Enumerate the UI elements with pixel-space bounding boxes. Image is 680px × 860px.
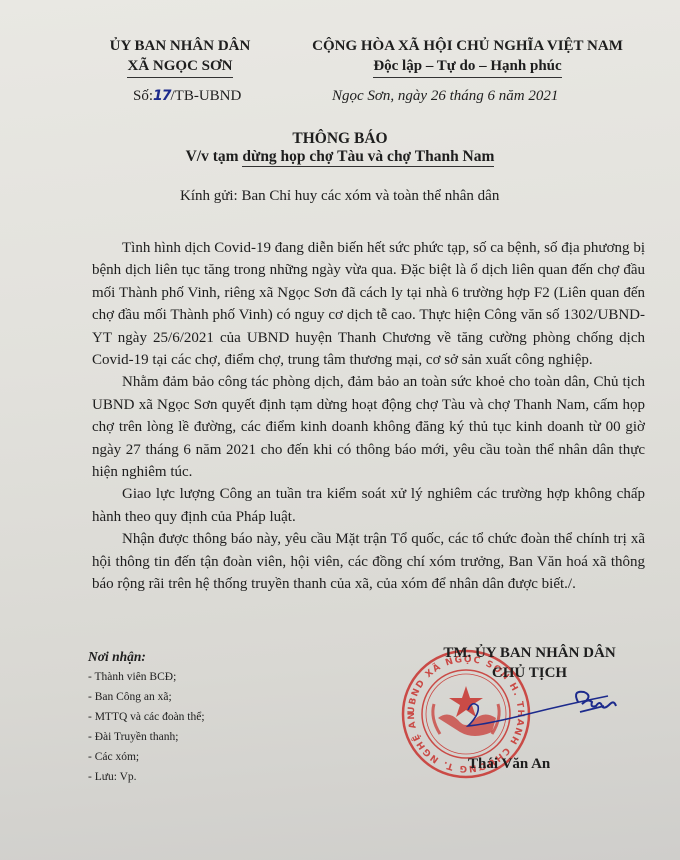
doc-number-suffix: /TB-UBND (171, 88, 242, 104)
document-number: Số:17/TB-UBND (133, 88, 241, 105)
doc-number-prefix: Số: (133, 88, 153, 104)
paragraph: Giao lực lượng Công an tuần tra kiểm soá… (92, 483, 645, 528)
paragraph: Tình hình dịch Covid-19 đang diễn biến h… (92, 237, 645, 371)
motto: Độc lập – Tự do – Hạnh phúc (373, 56, 561, 78)
agency-line-1: ỦY BAN NHÂN DÂN (100, 36, 260, 56)
subtitle-underlined: dừng họp chợ Tàu và chợ Thanh Nam (242, 148, 494, 167)
recipients-heading: Nơi nhận: (88, 647, 205, 667)
place-date: Ngọc Sơn, ngày 26 tháng 6 năm 2021 (332, 88, 558, 105)
recipient-item: - Ban Công an xã; (88, 687, 205, 707)
document-body: Tình hình dịch Covid-19 đang diễn biến h… (92, 237, 645, 596)
recipients-list: Nơi nhận: - Thành viên BCĐ; - Ban Công a… (88, 647, 205, 787)
signature-block: TM. ỦY BAN NHÂN DÂN CHỦ TỊCH (412, 643, 647, 683)
recipient-item: - Đài Truyền thanh; (88, 727, 205, 747)
recipient-item: - Các xóm; (88, 747, 205, 767)
agency-line-2: XÃ NGỌC SƠN (127, 56, 232, 78)
nation-line-1: CỘNG HÒA XÃ HỘI CHỦ NGHĨA VIỆT NAM (290, 36, 645, 56)
paragraph: Nhận được thông báo này, yêu cầu Mặt trậ… (92, 528, 645, 595)
addressee: Kính gửi: Ban Chỉ huy các xóm và toàn th… (180, 188, 499, 205)
handwritten-signature-icon (460, 680, 630, 770)
doc-number-handwritten: 17 (153, 88, 170, 104)
agency-header: ỦY BAN NHÂN DÂN XÃ NGỌC SƠN (100, 36, 260, 78)
signature-line-1: TM. ỦY BAN NHÂN DÂN (412, 643, 647, 663)
recipient-item: - Lưu: Vp. (88, 767, 205, 787)
document-title: THÔNG BÁO (0, 130, 680, 148)
paragraph: Nhằm đảm bảo công tác phòng dịch, đảm bả… (92, 371, 645, 483)
subtitle-prefix: V/v tạm (186, 148, 243, 165)
recipient-item: - Thành viên BCĐ; (88, 667, 205, 687)
national-header: CỘNG HÒA XÃ HỘI CHỦ NGHĨA VIỆT NAM Độc l… (290, 36, 645, 78)
recipient-item: - MTTQ và các đoàn thể; (88, 707, 205, 727)
document-subtitle: V/v tạm dừng họp chợ Tàu và chợ Thanh Na… (0, 148, 680, 167)
